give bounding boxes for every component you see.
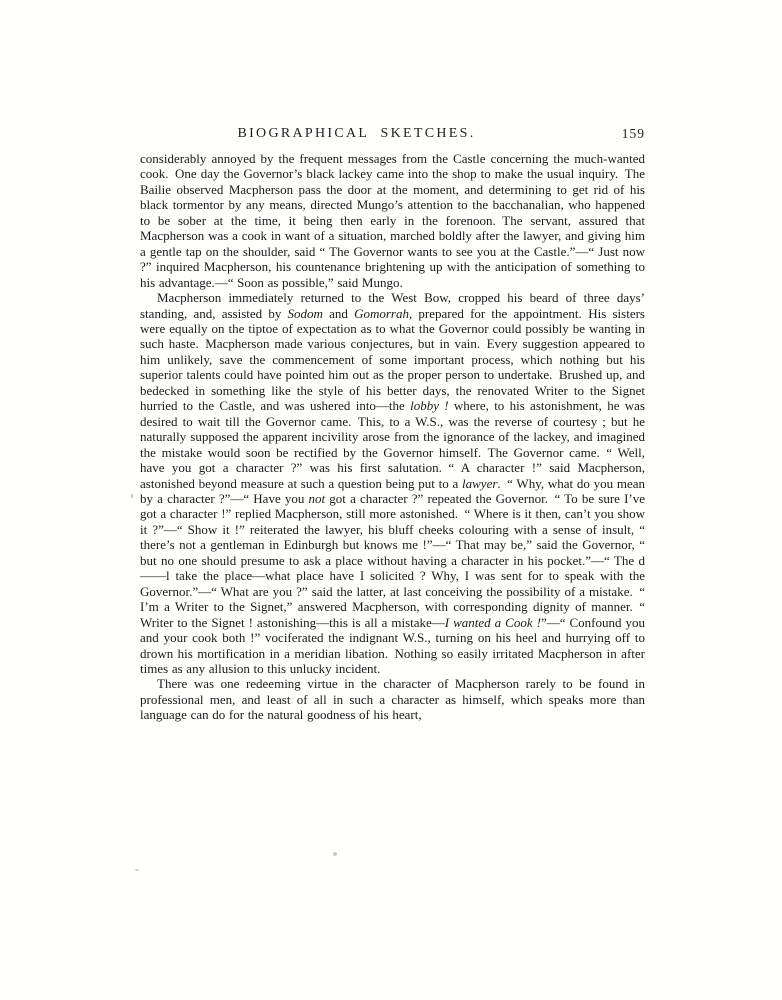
body-paragraph: There was one redeeming virtue in the ch… — [140, 676, 645, 722]
italic-text-run: not — [309, 491, 326, 506]
scan-speck — [131, 494, 133, 498]
italic-text-run: lawyer — [462, 476, 497, 491]
body-paragraph: Macpherson immediately returned to the W… — [140, 290, 645, 676]
text-run: and — [323, 306, 354, 321]
italic-text-run: lobby ! — [410, 398, 449, 413]
running-header: BIOGRAPHICAL SKETCHES. 159 — [140, 126, 645, 144]
italic-text-run: Sodom — [288, 306, 323, 321]
text-run: got a character ?” repeated the Governor… — [140, 491, 645, 630]
italic-text-run: Gomorrah — [354, 306, 409, 321]
scan-speck — [333, 852, 337, 856]
page-body: considerably annoyed by the frequent mes… — [140, 151, 645, 723]
scan-speck — [135, 869, 139, 871]
running-title: BIOGRAPHICAL SKETCHES. — [237, 126, 475, 142]
text-run: considerably annoyed by the frequent mes… — [140, 151, 645, 290]
body-paragraph: considerably annoyed by the frequent mes… — [140, 151, 645, 290]
italic-text-run: I wanted a Cook ! — [445, 615, 541, 630]
text-run: There was one redeeming virtue in the ch… — [140, 676, 645, 722]
page-number: 159 — [622, 126, 645, 142]
text-run: , prepared for the appointment. His sist… — [140, 306, 645, 414]
book-page: BIOGRAPHICAL SKETCHES. 159 considerably … — [0, 0, 782, 1000]
